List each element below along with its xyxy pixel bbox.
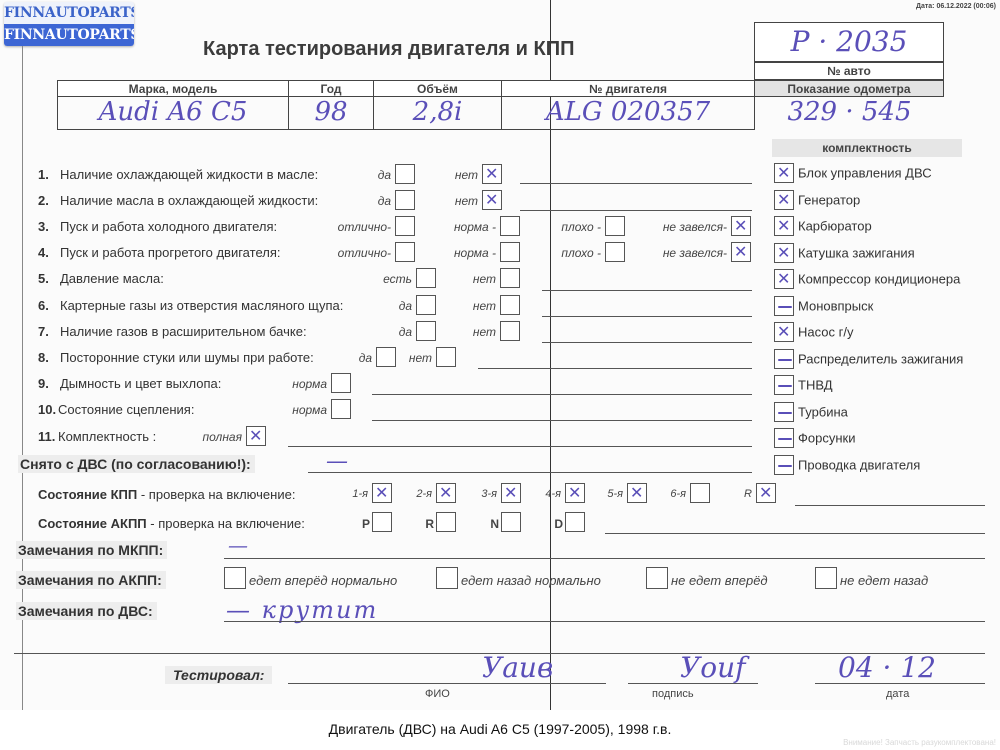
kit-checkbox[interactable] — [774, 163, 794, 183]
car-number-value: P · 2035 — [755, 23, 943, 61]
removed-label: Снято с ДВС (по согласованию!): — [18, 455, 255, 473]
checklist-question: 3.Пуск и работа холодного двигателя: — [38, 219, 277, 234]
kit-item-label: ТНВД — [798, 378, 833, 393]
gear-label: 6-я — [630, 488, 686, 500]
removed-value: — — [326, 449, 348, 474]
question-number: 9. — [38, 376, 60, 391]
option-label: есть — [326, 272, 412, 286]
question-text: Наличие газов в расширительном бачке: — [60, 324, 307, 339]
option-checkbox[interactable] — [482, 190, 502, 210]
option-label: нет — [392, 194, 478, 208]
option-label: да — [326, 325, 412, 339]
option-label: отлично- — [305, 246, 391, 260]
engine-number-value: ALG 020357 — [501, 96, 755, 130]
option-label: нет — [410, 272, 496, 286]
option-label: да — [326, 299, 412, 313]
kit-checkbox[interactable] — [774, 322, 794, 342]
kit-checkbox[interactable] — [774, 190, 794, 210]
year-value: 98 — [288, 96, 374, 130]
kit-item-label: Компрессор кондиционера — [798, 272, 960, 287]
odometer-value: 329 · 545 — [754, 96, 944, 130]
akpp-remark-label: едет вперёд нормально — [249, 573, 397, 588]
kit-item-label: Блок управления ДВС — [798, 166, 932, 181]
question-number: 7. — [38, 324, 60, 339]
kit-item-label: Насос г/у — [798, 325, 853, 340]
option-checkbox[interactable] — [500, 268, 520, 288]
akpp-remark-checkbox[interactable] — [646, 567, 668, 589]
tester-name: Уаив — [482, 651, 553, 684]
checklist-question: 6.Картерные газы из отверстия масляного … — [38, 298, 343, 313]
kit-item-label: Распределитель зажигания — [798, 351, 963, 366]
car-number-box: P · 2035 — [754, 22, 944, 62]
mkpp-remarks-value: — — [228, 533, 248, 557]
kit-item[interactable]: Генератор — [774, 190, 860, 210]
gear-label: R — [696, 488, 752, 500]
gear-label: 3-я — [441, 488, 497, 500]
volume-value: 2,8i — [373, 96, 502, 130]
option-checkbox[interactable] — [436, 347, 456, 367]
manual-gearbox-label: Состояние КПП - проверка на включение: — [38, 487, 295, 502]
make-model-value: Audi A6 C5 — [57, 96, 289, 130]
question-number: 3. — [38, 219, 60, 234]
note-line — [520, 210, 752, 211]
kit-item-label: Проводка двигателя — [798, 457, 920, 472]
auto-gearbox-desc: - проверка на включение: — [147, 516, 305, 531]
question-text: Наличие масла в охлаждающей жидкости: — [60, 193, 318, 208]
kit-checkbox[interactable] — [774, 296, 794, 316]
option-checkbox[interactable] — [331, 373, 351, 393]
akpp-remark-checkbox[interactable] — [436, 567, 458, 589]
name-line — [288, 683, 606, 684]
option-checkbox[interactable] — [500, 321, 520, 341]
finnautoparts-logo[interactable]: FINNAUTOPARTS FINNAUTOPARTS — [4, 2, 134, 46]
kit-item[interactable]: Насос г/у — [774, 322, 853, 342]
kit-item[interactable]: Карбюратор — [774, 216, 872, 236]
option-label: плохо - — [515, 246, 601, 260]
option-checkbox[interactable] — [605, 242, 625, 262]
col-header-engine-number: № двигателя — [501, 80, 755, 97]
auto-gearbox-title: Состояние АКПП — [38, 516, 147, 531]
checklist-question: 10.Состояние сцепления: — [38, 402, 194, 417]
checklist-question: 11.Комплектность : — [38, 429, 156, 444]
kit-item[interactable]: Турбина — [774, 402, 848, 422]
option-label: да — [305, 168, 391, 182]
kit-checkbox[interactable] — [774, 216, 794, 236]
question-text: Пуск и работа холодного двигателя: — [60, 219, 277, 234]
engine-test-card: FINNAUTOPARTS FINNAUTOPARTS Дата: 06.12.… — [0, 0, 1000, 710]
dvs-remarks-value: — крутит — [226, 596, 378, 624]
auto-gearbox-line — [605, 533, 985, 534]
question-text: Давление масла: — [60, 271, 164, 286]
kit-item[interactable]: ТНВД — [774, 375, 833, 395]
option-checkbox[interactable] — [731, 216, 751, 236]
question-text: Комплектность : — [58, 429, 156, 444]
dvs-remarks-line — [224, 621, 985, 622]
note-line — [542, 316, 752, 317]
mkpp-remarks-line — [224, 558, 985, 559]
col-header-odometer: Показание одометра — [754, 80, 944, 97]
kit-item[interactable]: Моновпрыск — [774, 296, 873, 316]
kit-item-label: Турбина — [798, 404, 848, 419]
note-line — [288, 446, 752, 447]
kit-item[interactable]: Форсунки — [774, 428, 855, 448]
kit-item[interactable]: Проводка двигателя — [774, 455, 920, 475]
name-caption: ФИО — [425, 688, 450, 700]
kit-checkbox[interactable] — [774, 269, 794, 289]
signature-caption: подпись — [652, 688, 694, 700]
col-header-year: Год — [288, 80, 374, 97]
checklist-question: 1.Наличие охлаждающей жидкости в масле: — [38, 167, 318, 182]
option-label: плохо - — [515, 220, 601, 234]
option-label: полная — [156, 430, 242, 444]
option-label: не завелся- — [641, 220, 727, 234]
option-label: норма — [241, 403, 327, 417]
option-checkbox[interactable] — [731, 242, 751, 262]
note-line — [372, 394, 752, 395]
watermark-note: Внимание! Запчасть разукомплектована! — [843, 738, 996, 747]
question-number: 8. — [38, 350, 60, 365]
note-line — [542, 290, 752, 291]
image-caption: Двигатель (ДВС) на Audi A6 C5 (1997-2005… — [0, 721, 1000, 737]
checklist-question: 8.Посторонние стуки или шумы при работе: — [38, 350, 314, 365]
option-label: норма — [241, 377, 327, 391]
question-text: Наличие охлаждающей жидкости в масле: — [60, 167, 318, 182]
question-number: 6. — [38, 298, 60, 313]
question-number: 10. — [38, 402, 58, 417]
kit-item[interactable]: Распределитель зажигания — [774, 349, 963, 369]
option-checkbox[interactable] — [482, 164, 502, 184]
mode-label: D — [505, 517, 563, 531]
option-label: да — [305, 194, 391, 208]
tested-by-label: Тестировал: — [165, 666, 272, 684]
option-label: нет — [410, 325, 496, 339]
question-number: 5. — [38, 271, 60, 286]
mode-checkbox[interactable] — [565, 512, 585, 532]
option-label: норма - — [410, 220, 496, 234]
note-line — [520, 183, 752, 184]
mkpp-remarks-label: Замечания по МКПП: — [16, 541, 167, 559]
akpp-remark-label: не едет назад — [840, 573, 928, 588]
gear-checkbox[interactable] — [756, 483, 776, 503]
akpp-remark-checkbox[interactable] — [815, 567, 837, 589]
manual-gearbox-title: Состояние КПП — [38, 487, 137, 502]
kit-item-label: Генератор — [798, 192, 860, 207]
logo-line-1: FINNAUTOPARTS — [4, 2, 134, 24]
question-text: Состояние сцепления: — [58, 402, 194, 417]
question-number: 4. — [38, 245, 60, 260]
kit-checkbox[interactable] — [774, 375, 794, 395]
kit-checkbox[interactable] — [774, 428, 794, 448]
option-label: нет — [392, 168, 478, 182]
option-checkbox[interactable] — [500, 295, 520, 315]
date-line — [815, 683, 985, 684]
note-line — [478, 368, 752, 369]
tester-signature: Уоиf — [680, 651, 746, 684]
checklist-question: 9.Дымность и цвет выхлопа: — [38, 376, 221, 391]
question-text: Картерные газы из отверстия масляного щу… — [60, 298, 343, 313]
removed-line — [308, 472, 752, 473]
mode-label: R — [376, 517, 434, 531]
checklist-question: 5.Давление масла: — [38, 271, 164, 286]
question-text: Дымность и цвет выхлопа: — [60, 376, 221, 391]
kit-checkbox[interactable] — [774, 455, 794, 475]
kit-header: комплектность — [772, 139, 962, 157]
option-label: нет — [410, 299, 496, 313]
akpp-remark-label: едет назад нормально — [461, 573, 601, 588]
kit-item-label: Карбюратор — [798, 219, 872, 234]
option-label: отлично- — [305, 220, 391, 234]
option-label: норма - — [410, 246, 496, 260]
akpp-remark-label: не едет вперёд — [671, 573, 768, 588]
option-label: не завелся- — [641, 246, 727, 260]
kit-item-label: Моновпрыск — [798, 298, 873, 313]
akpp-remarks-label: Замечания по АКПП: — [16, 571, 166, 589]
kit-item-label: Катушка зажигания — [798, 245, 915, 260]
kit-checkbox[interactable] — [774, 243, 794, 263]
mode-label: P — [312, 517, 370, 531]
checklist-question: 4.Пуск и работа прогретого двигателя: — [38, 245, 280, 260]
kit-checkbox[interactable] — [774, 402, 794, 422]
mode-label: N — [441, 517, 499, 531]
note-line — [372, 420, 752, 421]
gear-label: 2-я — [376, 488, 432, 500]
gear-label: 5-я — [567, 488, 623, 500]
option-checkbox[interactable] — [605, 216, 625, 236]
dvs-remarks-label: Замечания по ДВС: — [16, 602, 157, 620]
car-number-label: № авто — [754, 62, 944, 80]
manual-gearbox-desc: - проверка на включение: — [137, 487, 295, 502]
manual-gearbox-line — [795, 505, 985, 506]
question-number: 1. — [38, 167, 60, 182]
question-text: Пуск и работа прогретого двигателя: — [60, 245, 280, 260]
akpp-remark-checkbox[interactable] — [224, 567, 246, 589]
kit-checkbox[interactable] — [774, 349, 794, 369]
signature-line — [628, 683, 758, 684]
option-checkbox[interactable] — [246, 426, 266, 446]
date-stamp: Дата: 06.12.2022 (00:06) — [916, 3, 996, 10]
test-date: 04 · 12 — [838, 651, 936, 684]
kit-item[interactable]: Компрессор кондиционера — [774, 269, 960, 289]
question-text: Посторонние стуки или шумы при работе: — [60, 350, 314, 365]
note-line — [542, 342, 752, 343]
question-number: 2. — [38, 193, 60, 208]
col-header-make-model: Марка, модель — [57, 80, 289, 97]
option-checkbox[interactable] — [331, 399, 351, 419]
checklist-question: 2.Наличие масла в охлаждающей жидкости: — [38, 193, 318, 208]
date-caption: дата — [886, 688, 909, 700]
gear-label: 1-я — [312, 488, 368, 500]
question-number: 11. — [38, 429, 58, 444]
page-title: Карта тестирования двигателя и КПП — [203, 38, 574, 61]
auto-gearbox-label: Состояние АКПП - проверка на включение: — [38, 516, 305, 531]
option-label: нет — [346, 351, 432, 365]
kit-item-label: Форсунки — [798, 431, 855, 446]
checklist-question: 7.Наличие газов в расширительном бачке: — [38, 324, 307, 339]
logo-line-2: FINNAUTOPARTS — [4, 24, 134, 46]
kit-item[interactable]: Блок управления ДВС — [774, 163, 932, 183]
kit-item[interactable]: Катушка зажигания — [774, 243, 915, 263]
gear-label: 4-я — [505, 488, 561, 500]
col-header-volume: Объём — [373, 80, 502, 97]
